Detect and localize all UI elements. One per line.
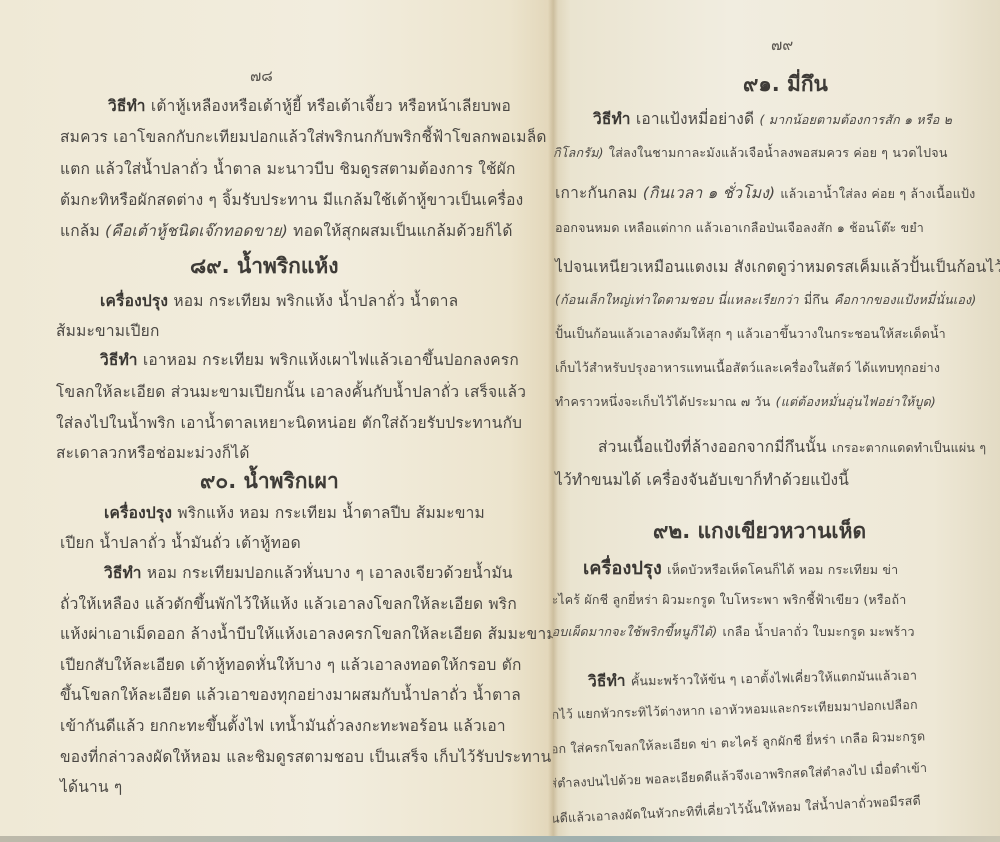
text-fragment: ทอดให้สุกผสมเป็นแกล้มด้วยก็ได้ bbox=[293, 222, 513, 240]
italic-note: ชอบเผ็ดมากจะใช้พริกขี้หนูก็ได้) bbox=[553, 624, 717, 639]
text-line: คั้นมะพร้าวให้ข้น ๆ เอาตั้งไฟเคี่ยวให้แต… bbox=[631, 668, 918, 689]
text-fragment: ทำคราวหนึ่งจะเก็บไว้ได้ประมาณ ๗ วัน bbox=[555, 394, 771, 409]
text-fragment: เกรอะตากแดดทำเป็นแผ่น ๆ bbox=[832, 440, 986, 455]
method-label: วิธีทำ bbox=[104, 564, 142, 582]
text-fragment: เอาแป้งหมี่อย่างดี bbox=[636, 110, 754, 128]
text-line: โขลกให้ละเอียด ส่วนมะขามเปียกนั้น เอาลงค… bbox=[56, 379, 526, 404]
method-label: วิธีทำ bbox=[100, 351, 138, 369]
recipe-title: ๙๑. มี่กึน bbox=[743, 68, 828, 101]
recipe-title: ๙๒. แกงเขียวหวานเห็ด bbox=[653, 515, 866, 548]
text-line: ต้มกะทิหรือผักสดต่าง ๆ จิ้มรับประทาน มีแ… bbox=[60, 187, 523, 212]
text-line: แตก แล้วใส่น้ำปลาถั่ว น้ำตาล มะนาวบีบ ชิ… bbox=[60, 156, 516, 181]
right-page: ๗๙ ๙๑. มี่กึน วิธีทำ เอาแป้งหมี่อย่างดี … bbox=[553, 0, 1000, 838]
text-line: เปียกสับให้ละเอียด เต้าหู้ทอดหั่นให้บาง … bbox=[60, 652, 522, 677]
text-line: สะเดาลวกหรือช่อมะม่วงก็ได้ bbox=[56, 440, 250, 465]
text-line: ของที่กล่าวลงผัดให้หอม และชิมดูรสตามชอบ … bbox=[60, 744, 551, 769]
text-line: ไว้ทำขนมได้ เครื่องจันอับเขาก็ทำด้วยแป้ง… bbox=[555, 467, 849, 492]
text-line: กันดีแล้วเอาลงผัดในหัวกะทิที่เคี่ยวไว้นั… bbox=[553, 791, 921, 829]
method-label: วิธีทำ bbox=[593, 110, 631, 128]
method-label: วิธีทำ bbox=[108, 97, 146, 115]
recipe-title: ๘๙. น้ำพริกแห้ง bbox=[190, 250, 339, 283]
text-line: สมควร เอาโขลกกับกะเทียมปอกแล้วใส่พริกนกก… bbox=[60, 124, 547, 149]
text-line: ไปจนเหนียวเหมือนแตงเม สังเกตดูว่าหมดรสเค… bbox=[555, 254, 1000, 279]
page-number: ๗๘ bbox=[250, 64, 273, 88]
text-line: ใส่ตำลงปนไปด้วย พอละเอียดดีแล้วจึงเอาพริ… bbox=[553, 758, 928, 794]
text-fragment: ใส่ลงในชามกาละมังแล้วเจือน้ำลงพอสมควร ค่… bbox=[609, 145, 948, 160]
italic-note: ( มากน้อยตามต้องการสัก ๑ หรือ ๒ bbox=[759, 112, 952, 127]
text-line: ตะไคร้ ผักชี ลูกยี่หร่า ผิวมะกรูด ใบโหระ… bbox=[553, 590, 906, 610]
ingredients-label: เครื่องปรุง bbox=[583, 558, 662, 579]
left-page: ๗๘ วิธีทำ เต้าหู้เหลืองหรือเต้าหู้ยี้ หร… bbox=[0, 0, 553, 838]
text-line: เต้าหู้เหลืองหรือเต้าหู้ยี้ หรือเต้าเจี้… bbox=[151, 97, 511, 115]
method-label: วิธีทำ bbox=[588, 672, 626, 691]
italic-note: (คือเต้าหู้ชนิดเจ๊กทอดขาย) bbox=[105, 222, 288, 240]
text-fragment: แล้วเอาน้ำใส่ลง ค่อย ๆ ล้างเนื้อแป้ง bbox=[780, 186, 975, 201]
text-line: หอม กระเทียมปอกแล้วหั่นบาง ๆ เอาลงเจียวด… bbox=[147, 564, 513, 582]
text-fragment: เกาะกันกลม bbox=[555, 184, 638, 202]
text-line: พักไว้ แยกหัวกระทิไว้ต่างหาก เอาหัวหอมแล… bbox=[553, 695, 918, 725]
text-line: เก็บไว้สำหรับปรุงอาหารแทนเนื้อสัตว์และเค… bbox=[555, 358, 940, 378]
text-line: เห็ดบัวหรือเห็ดโคนก็ได้ หอม กระเทียม ข่า bbox=[667, 562, 898, 577]
italic-note: (แต่ต้องหมั่นอุ่นไฟอย่าให้บูด) bbox=[776, 394, 936, 409]
text-line: เอาหอม กระเทียม พริกแห้งเผาไฟแล้วเอาขึ้น… bbox=[143, 351, 519, 369]
recipe-title: ๙๐. น้ำพริกเผา bbox=[200, 465, 339, 498]
text-line: แห้งผ่าเอาเม็ดออก ล้างน้ำบีบให้แห้งเอาลง… bbox=[60, 621, 553, 646]
text-line: ออกจนหมด เหลือแต่กาก แล้วเอาเกลือป่นเจือ… bbox=[555, 218, 924, 238]
text-line: ขึ้นโขลกให้ละเอียด แล้วเอาของทุกอย่างมาผ… bbox=[60, 682, 521, 707]
page-bottom-edge bbox=[0, 836, 1000, 842]
text-line: หอม กระเทียม พริกแห้ง น้ำปลาถั่ว น้ำตาล bbox=[173, 292, 458, 310]
text-fragment: ส่วนเนื้อแป้งที่ล้างออกจากมี่กึนนั้น bbox=[598, 438, 827, 456]
italic-note: (กินเวลา ๑ ชั่วโมง) bbox=[643, 184, 776, 202]
text-line: ออก ใส่ครกโขลกให้ละเอียด ข่า ตะไคร้ ลูกผ… bbox=[553, 726, 926, 759]
italic-note: คือกากของแป้งหมี่นั่นเอง) bbox=[834, 292, 976, 307]
text-line: ถั่วให้เหลือง แล้วตักขึ้นพักไว้ให้แห้ง แ… bbox=[60, 591, 517, 616]
text-fragment: แกล้ม bbox=[60, 222, 100, 240]
text-fragment: เกลือ น้ำปลาถั่ว ใบมะกรูด มะพร้าว bbox=[723, 624, 915, 639]
text-line: ปั้นเป็นก้อนแล้วเอาลงต้มให้สุก ๆ แล้วเอา… bbox=[555, 324, 946, 344]
book-gutter bbox=[548, 0, 558, 838]
text-fragment: มี่กึน bbox=[804, 292, 829, 307]
book-spread: ๗๘ วิธีทำ เต้าหู้เหลืองหรือเต้าหู้ยี้ หร… bbox=[0, 0, 1000, 838]
text-line: ส้มมะขามเปียก bbox=[56, 318, 160, 343]
text-line: ได้นาน ๆ bbox=[60, 774, 122, 799]
page-number: ๗๙ bbox=[771, 33, 793, 57]
italic-note: (ก้อนเล็กใหญ่เท่าใดตามชอบ นี่แหละเรียกว่… bbox=[555, 292, 799, 307]
ingredients-label: เครื่องปรุง bbox=[100, 292, 168, 310]
ingredients-label: เครื่องปรุง bbox=[104, 504, 172, 522]
text-line: เปียก น้ำปลาถั่ว น้ำมันถั่ว เต้าหู้ทอด bbox=[60, 530, 301, 555]
text-line: พริกแห้ง หอม กระเทียม น้ำตาลปีบ ส้มมะขาม bbox=[177, 504, 485, 522]
text-line: เข้ากันดีแล้ว ยกกะทะขึ้นตั้งไฟ เทน้ำมันถ… bbox=[60, 713, 506, 738]
text-line: ใส่ลงไปในน้ำพริก เอาน้ำตาลเหยาะนิดหน่อย … bbox=[56, 410, 522, 435]
italic-note: กิโลกรัม) bbox=[553, 145, 604, 160]
